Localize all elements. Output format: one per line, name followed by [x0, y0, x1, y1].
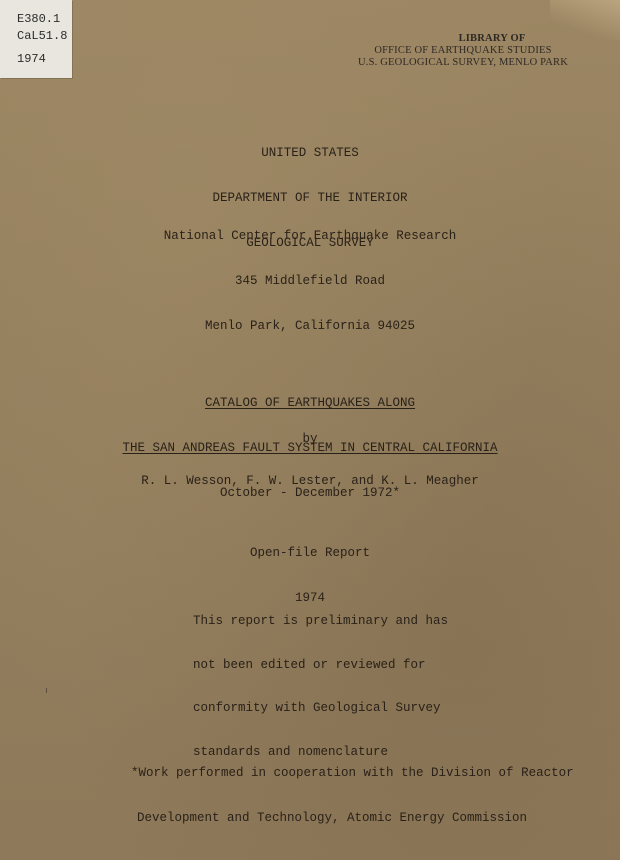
- footnote-line: Development and Technology, Atomic Energ…: [131, 811, 574, 826]
- report-cover: E380.1 CaL51.8 1974 LIBRARY OF OFFICE OF…: [0, 0, 620, 860]
- agency-line: UNITED STATES: [0, 146, 620, 161]
- title-line-1: CATALOG OF EARTHQUAKES ALONG: [205, 396, 415, 410]
- library-stamp: LIBRARY OF OFFICE OF EARTHQUAKE STUDIES …: [354, 33, 572, 69]
- disclaimer-line: This report is preliminary and has: [193, 614, 448, 629]
- stamp-line: U.S. GEOLOGICAL SURVEY, MENLO PARK: [354, 57, 572, 69]
- disclaimer-line: conformity with Geological Survey: [193, 701, 448, 716]
- byline: by: [0, 432, 620, 447]
- stamp-line: LIBRARY OF: [354, 33, 572, 45]
- call-number-line: CaL51.8: [17, 29, 67, 43]
- call-number-year: 1974: [17, 52, 46, 66]
- center-street: 345 Middlefield Road: [0, 274, 620, 289]
- center-city: Menlo Park, California 94025: [0, 319, 620, 334]
- report-title: CATALOG OF EARTHQUAKES ALONG THE SAN AND…: [0, 366, 620, 531]
- call-number-label: E380.1 CaL51.8 1974: [0, 0, 72, 78]
- paper-speck: [46, 688, 47, 693]
- research-center-address: National Center for Earthquake Research …: [0, 199, 620, 364]
- stamp-line: OFFICE OF EARTHQUAKE STUDIES: [354, 45, 572, 57]
- authors: R. L. Wesson, F. W. Lester, and K. L. Me…: [0, 474, 620, 489]
- center-name: National Center for Earthquake Research: [0, 229, 620, 244]
- footnote: *Work performed in cooperation with the …: [131, 736, 574, 856]
- call-number-line: E380.1: [17, 12, 60, 26]
- report-type-label: Open-file Report: [0, 546, 620, 561]
- disclaimer-line: not been edited or reviewed for: [193, 658, 448, 673]
- footnote-line: *Work performed in cooperation with the …: [131, 766, 574, 781]
